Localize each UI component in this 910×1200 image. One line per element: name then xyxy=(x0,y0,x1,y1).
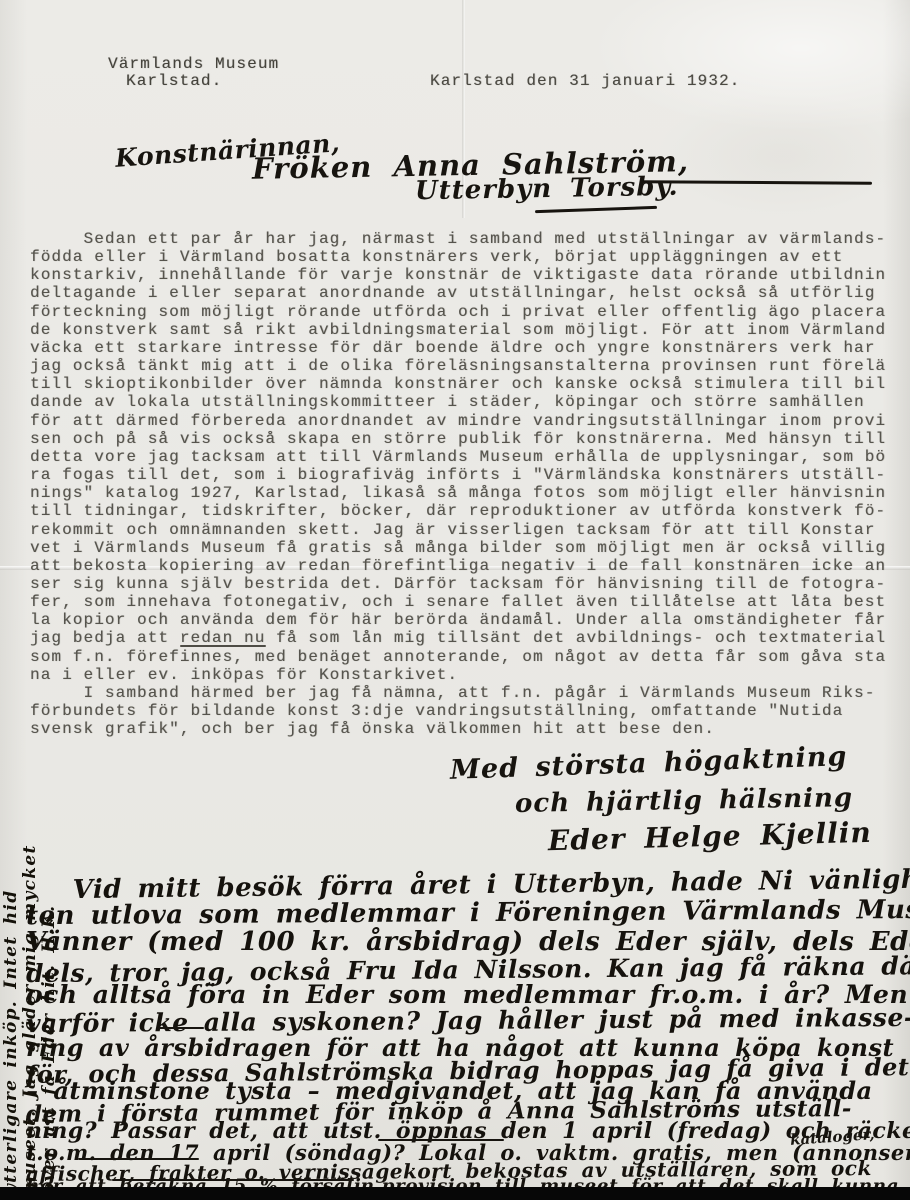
handwritten-line: ten utlova som medlemmar i Föreningen Vä… xyxy=(26,895,910,931)
handwritten-postscript: Vid mitt besök förra året i Utterbyn, ha… xyxy=(26,0,910,1200)
ink-underline xyxy=(158,1027,204,1029)
margin-note-line: över att få Eder hit. H.K. xyxy=(40,859,59,1194)
margin-note-line: ytterligare inköp. Intet hid xyxy=(2,859,21,1194)
scan-edge-bar xyxy=(0,1187,910,1200)
margin-note-line: museet. Jag gläder mig mycket xyxy=(21,859,40,1194)
ink-underline xyxy=(78,1158,199,1160)
margin-note: ytterligare inköp. Intet hid museet. Jag… xyxy=(2,859,59,1194)
ink-underline xyxy=(378,1139,504,1141)
ink-underline xyxy=(112,1179,354,1181)
scanned-letter-page: Värmlands Museum Karlstad. Karlstad den … xyxy=(0,0,910,1200)
